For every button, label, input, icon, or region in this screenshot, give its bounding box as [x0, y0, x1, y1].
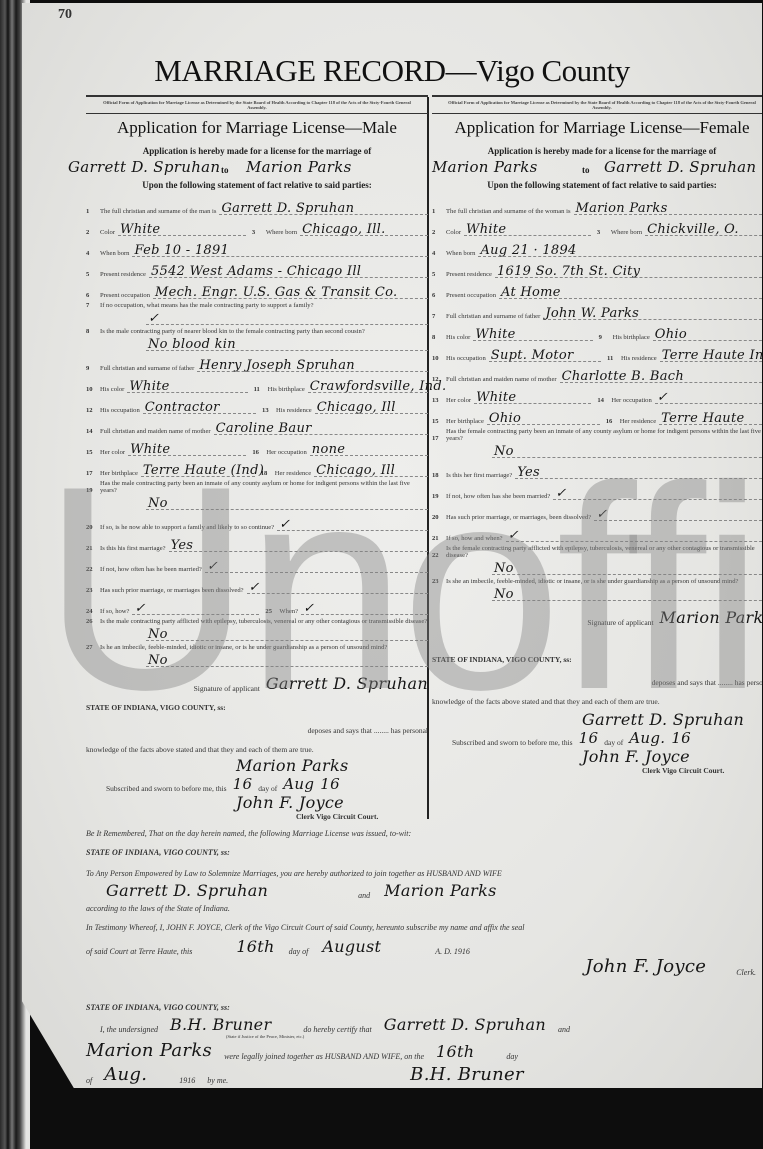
field-value: Chicago, Ill — [316, 463, 395, 478]
form-field-7: 7If no occupation, what means has the ma… — [86, 299, 428, 325]
field-value: White — [120, 222, 160, 237]
male-clerk-signature: John F. Joyce — [236, 793, 428, 812]
intro-text: Application is hereby made for a license… — [86, 146, 428, 156]
partner-name: Marion Parks — [246, 158, 352, 176]
form-field-8: 8His colorWhite9His birthplaceOhio — [432, 320, 763, 341]
applicant-name: Marion Parks — [432, 158, 538, 176]
parties-line: Marion Parks to Garrett D. Spruhan — [432, 156, 763, 180]
form-field-12: 12His occupationContractor13His residenc… — [86, 393, 428, 414]
record-page: 70 MARRIAGE RECORD—Vigo County Official … — [22, 3, 762, 1088]
form-field-26: 26Is the male contracting party afflicte… — [86, 615, 428, 641]
form-field-15: 15Her colorWhite16Her occupationnone — [86, 435, 428, 456]
form-field-19: 19Has the male contracting party been an… — [86, 477, 428, 510]
form-field-20: 20Has such prior marriage, or marriages,… — [432, 500, 763, 521]
field-value: Ohio — [489, 411, 521, 426]
field-value: Terre Haute Ind — [662, 348, 763, 363]
male-fields: 1The full christian and surname of the m… — [86, 194, 428, 667]
field-value: Charlotte B. Bach — [562, 369, 684, 384]
female-signature-row: Signature of applicant Marion Parks — [432, 601, 763, 627]
field-value: Marion Parks — [576, 201, 668, 216]
field-value: No — [494, 587, 514, 602]
form-field-27: 27Is he an imbecile, feeble-minded, idio… — [86, 641, 428, 667]
upon-text: Upon the following statement of fact rel… — [86, 180, 428, 190]
field-value: White — [475, 327, 515, 342]
form-field-5: 5Present residence1619 So. 7th St. City — [432, 257, 763, 278]
field-value: Ohio — [655, 327, 687, 342]
parties-line: Garrett D. Spruhan to Marion Parks — [86, 156, 428, 180]
field-value: John W. Parks — [545, 306, 639, 321]
field-value: No — [148, 653, 168, 668]
form-field-9: 9Full christian and surname of fatherHen… — [86, 351, 428, 372]
form-field-14: 14Full christian and maiden name of moth… — [86, 414, 428, 435]
form-field-7: 7Full christian and surname of fatherJoh… — [432, 299, 763, 320]
field-value: Mech. Engr. U.S. Gas & Transit Co. — [155, 285, 397, 300]
certificate-bride: Marion Parks — [86, 1040, 212, 1061]
field-value: Terre Haute (Ind) — [143, 463, 264, 478]
field-value: At Home — [501, 285, 561, 300]
field-value: ✓ — [657, 390, 668, 405]
section-title-female: Application for Marriage License—Female — [432, 118, 763, 138]
form-field-6: 6Present occupationMech. Engr. U.S. Gas … — [86, 278, 428, 299]
female-application: Official Form of Application for Marriag… — [432, 95, 763, 775]
partner-name: Garrett D. Spruhan — [604, 158, 756, 176]
male-subscribed: Subscribed and sworn to before me, this … — [106, 775, 428, 793]
fine-print: Official Form of Application for Marriag… — [86, 97, 428, 113]
form-field-10: 10His colorWhite11His birthplaceCrawford… — [86, 372, 428, 393]
male-signature-row: Signature of applicant Garrett D. Spruha… — [86, 667, 428, 693]
field-value: ✓ — [508, 528, 519, 543]
field-value: Yes — [517, 465, 540, 480]
field-value: No — [494, 561, 514, 576]
field-value: Crawfordsville, Ind. — [310, 379, 447, 394]
field-value: White — [130, 442, 170, 457]
female-clerk-signature: John F. Joyce — [582, 747, 763, 766]
section-title-male: Application for Marriage License—Male — [86, 118, 428, 138]
field-value: Terre Haute — [661, 411, 744, 426]
female-fields: 1The full christian and surname of the w… — [432, 194, 763, 601]
field-value: ✓ — [279, 517, 290, 532]
field-value: Henry Joseph Spruhan — [199, 358, 355, 373]
page-title: MARRIAGE RECORD—Vigo County — [22, 53, 762, 89]
form-field-4: 4When bornAug 21 · 1894 — [432, 236, 763, 257]
form-field-5: 5Present residence5542 West Adams - Chic… — [86, 257, 428, 278]
form-field-17: 17Has the female contracting party been … — [432, 425, 763, 458]
form-field-19: 19If not, how often has she been married… — [432, 479, 763, 500]
form-field-22: 22If not, how often has he been married?… — [86, 552, 428, 573]
officiant-name: B.H. Bruner — [170, 1015, 271, 1034]
form-field-23: 23Is she an imbecile, feeble-minded, idi… — [432, 575, 763, 601]
field-value: White — [476, 390, 516, 405]
field-value: ✓ — [249, 580, 260, 595]
field-value: White — [129, 379, 169, 394]
field-value: Feb 10 - 1891 — [134, 243, 229, 258]
form-field-13: 13Her colorWhite14Her occupation✓ — [432, 383, 763, 404]
female-subscribed: Subscribed and sworn to before me, this … — [452, 729, 763, 747]
certificate-groom: Garrett D. Spruhan — [384, 1015, 546, 1034]
field-value: Garrett D. Spruhan — [221, 201, 354, 216]
form-field-24: 24If so, how?✓25When?✓ — [86, 594, 428, 615]
field-value: Caroline Baur — [216, 421, 312, 436]
form-field-10: 10His occupationSupt. Motor11His residen… — [432, 341, 763, 362]
male-application: Official Form of Application for Marriag… — [86, 95, 428, 821]
field-value: 1619 So. 7th St. City — [497, 264, 640, 279]
officiant-signature: B.H. Bruner — [410, 1064, 524, 1085]
field-value: White — [466, 222, 506, 237]
license-clerk-signature: John F. Joyce — [585, 956, 706, 977]
license-section: Be It Remembered, That on the day herein… — [86, 829, 763, 977]
form-field-17: 17Her birthplaceTerre Haute (Ind)18Her r… — [86, 456, 428, 477]
license-bride: Marion Parks — [384, 881, 496, 900]
field-value: Chickville, O. — [647, 222, 739, 237]
form-field-15: 15Her birthplaceOhio16Her residenceTerre… — [432, 404, 763, 425]
form-field-21: 21If so, how and when?✓ — [432, 521, 763, 542]
field-value: none — [312, 442, 345, 457]
field-value: No — [148, 496, 168, 511]
form-field-1: 1The full christian and surname of the m… — [86, 194, 428, 215]
field-value: ✓ — [207, 559, 218, 574]
form-field-21: 21Is this his first marriage?Yes — [86, 531, 428, 552]
applicant-name: Garrett D. Spruhan — [68, 158, 220, 176]
female-signature: Marion Parks — [660, 608, 763, 627]
field-value: Supt. Motor — [491, 348, 574, 363]
field-value: Contractor — [145, 400, 220, 415]
form-field-22: 22Is the female contracting party afflic… — [432, 542, 763, 575]
form-field-1: 1The full christian and surname of the w… — [432, 194, 763, 215]
field-value: 5542 West Adams - Chicago Ill — [151, 264, 361, 279]
certificate-section: STATE OF INDIANA, VIGO COUNTY, ss: I, th… — [86, 1003, 763, 1085]
form-field-23: 23Has such prior marriage, or marriages … — [86, 573, 428, 594]
form-field-4: 4When bornFeb 10 - 1891 — [86, 236, 428, 257]
form-field-20: 20If so, is he now able to support a fam… — [86, 510, 428, 531]
field-value: No — [494, 444, 514, 459]
field-value: No — [148, 627, 168, 642]
form-field-2: 2ColorWhite3Where bornChicago, Ill. — [86, 215, 428, 236]
male-signature: Garrett D. Spruhan — [266, 674, 428, 693]
form-field-12: 12Full christian and maiden name of moth… — [432, 362, 763, 383]
field-value: No blood kin — [148, 337, 236, 352]
field-value: Chicago, Ill — [317, 400, 396, 415]
form-field-6: 6Present occupationAt Home — [432, 278, 763, 299]
male-affiant: Marion Parks — [236, 756, 428, 775]
field-value: ✓ — [303, 601, 314, 616]
field-value: ✓ — [555, 486, 566, 501]
female-affiant: Garrett D. Spruhan — [582, 710, 763, 729]
field-value: ✓ — [596, 507, 607, 522]
form-field-8: 8Is the male contracting party of nearer… — [86, 325, 428, 351]
field-value: Chicago, Ill. — [302, 222, 385, 237]
field-value: Aug 21 · 1894 — [480, 243, 576, 258]
page-number: 70 — [58, 7, 72, 23]
field-value: ✓ — [148, 311, 159, 326]
form-field-2: 2ColorWhite3Where bornChickville, O. — [432, 215, 763, 236]
form-field-18: 18Is this her first marriage?Yes — [432, 458, 763, 479]
license-groom: Garrett D. Spruhan — [106, 881, 268, 900]
field-value: ✓ — [134, 601, 145, 616]
field-value: Yes — [171, 538, 194, 553]
